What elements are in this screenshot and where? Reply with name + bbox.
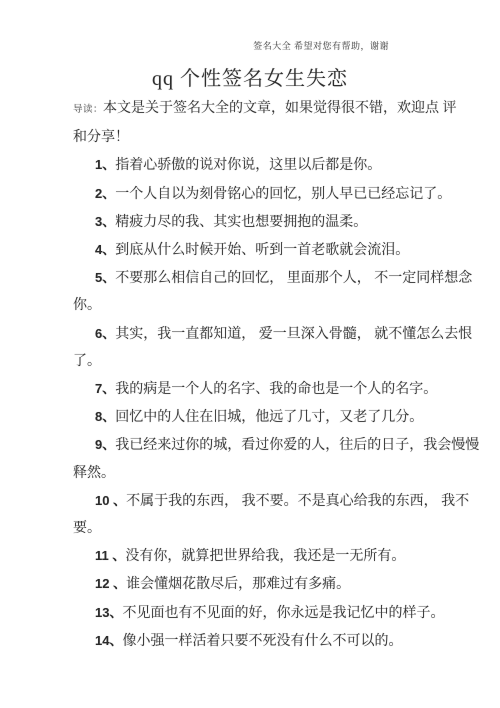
list-item: 1、指着心骄傲的说对你说，这里以后都是你。 [73, 151, 498, 179]
item-text: 回忆中的人住在旧城，他远了几寸，又老了几分。 [115, 410, 423, 425]
item-text: 指着心骄傲的说对你说，这里以后都是你。 [115, 158, 381, 173]
item-number: 14、 [95, 633, 122, 648]
list-item: 2、一个人自以为刻骨铭心的回忆，别人早已已经忘记了。 [73, 180, 498, 208]
item-line: 你。 [73, 292, 498, 319]
item-number: 6、 [95, 326, 115, 341]
page-title: qq 个性签名女生失恋 [0, 62, 500, 91]
item-number: 8、 [95, 409, 115, 424]
item-line: 3、精疲力尽的我、其实也想要拥抱的温柔。 [73, 208, 498, 236]
list-item: 9、我已经来过你的城，看过你爱的人，往后的日子，我会慢慢 释然。 [73, 431, 498, 486]
item-text: 一个人自以为刻骨铭心的回忆，别人早已已经忘记了。 [115, 187, 451, 202]
item-line: 要。 [73, 515, 498, 542]
item-text: 谁会懂烟花散尽后，那难过有多痛。 [126, 577, 350, 592]
item-number: 13、 [95, 605, 122, 620]
item-line: 9、我已经来过你的城，看过你爱的人，往后的日子，我会慢慢 [73, 431, 498, 459]
item-line: 12 、谁会懂烟花散尽后，那难过有多痛。 [73, 570, 498, 598]
item-number: 9、 [95, 437, 115, 452]
item-number: 7、 [95, 381, 115, 396]
item-number: 2、 [95, 186, 115, 201]
item-text: 我已经来过你的城，看过你爱的人，往后的日子，我会慢慢 [115, 438, 479, 453]
item-text: 到底从什么时候开始、听到一首老歌就会流泪。 [115, 243, 409, 258]
item-line: 6、其实，我一直都知道， 爱一旦深入骨髓， 就不懂怎么去恨 [73, 320, 498, 348]
item-line: 10 、不属于我的东西， 我不要。不是真心给我的东西， 我不 [73, 487, 498, 515]
list-item: 6、其实，我一直都知道， 爱一旦深入骨髓， 就不懂怎么去恨 了。 [73, 320, 498, 375]
list-item: 12 、谁会懂烟花散尽后，那难过有多痛。 [73, 570, 498, 598]
item-number: 11 、 [95, 548, 125, 563]
item-text: 不属于我的东西， 我不要。不是真心给我的东西， 我不 [126, 494, 469, 509]
list-item: 14、像小强一样活着只要不死没有什么不可以的。 [73, 627, 498, 655]
intro-paragraph: 导读：本文是关于签名大全的文章，如果觉得很不错，欢迎点 评 和分享！ [73, 95, 498, 151]
item-text: 我的病是一个人的名字、我的命也是一个人的名字。 [115, 382, 437, 397]
intro-text: 本文是关于签名大全的文章，如果觉得很不错，欢迎点 评 [103, 101, 457, 116]
item-line: 8、回忆中的人住在旧城，他远了几寸，又老了几分。 [73, 403, 498, 431]
item-line: 13、不见面也有不见面的好，你永远是我记忆中的样子。 [73, 599, 498, 627]
item-number: 4、 [95, 242, 115, 257]
list-item: 5、不要那么相信自己的回忆， 里面那个人， 不一定同样想念 你。 [73, 264, 498, 319]
list-item: 3、精疲力尽的我、其实也想要拥抱的温柔。 [73, 208, 498, 236]
item-text: 没有你，就算把世界给我，我还是一无所有。 [125, 549, 405, 564]
document-page: 签名大全 希望对您有帮助，谢谢 qq 个性签名女生失恋 导读：本文是关于签名大全… [0, 0, 500, 708]
item-line: 4、到底从什么时候开始、听到一首老歌就会流泪。 [73, 236, 498, 264]
item-text: 不见面也有不见面的好，你永远是我记忆中的样子。 [122, 606, 444, 621]
item-line: 了。 [73, 348, 498, 375]
list-item: 4、到底从什么时候开始、听到一首老歌就会流泪。 [73, 236, 498, 264]
intro-line: 和分享！ [73, 124, 498, 151]
item-line: 1、指着心骄傲的说对你说，这里以后都是你。 [73, 151, 498, 179]
document-body: 导读：本文是关于签名大全的文章，如果觉得很不错，欢迎点 评 和分享！ 1、指着心… [73, 95, 498, 655]
item-line: 5、不要那么相信自己的回忆， 里面那个人， 不一定同样想念 [73, 264, 498, 292]
item-number: 10 、 [95, 493, 126, 508]
item-text: 其实，我一直都知道， 爱一旦深入骨髓， 就不懂怎么去恨 [115, 327, 472, 342]
item-line: 11 、没有你，就算把世界给我，我还是一无所有。 [73, 542, 498, 570]
item-number: 1、 [95, 157, 115, 172]
intro-label: 导读： [73, 105, 103, 115]
list-item: 8、回忆中的人住在旧城，他远了几寸，又老了几分。 [73, 403, 498, 431]
header-note: 签名大全 希望对您有帮助，谢谢 [253, 39, 389, 52]
item-text: 不要那么相信自己的回忆， 里面那个人， 不一定同样想念 [115, 271, 472, 286]
item-text: 像小强一样活着只要不死没有什么不可以的。 [122, 634, 402, 649]
list-item: 11 、没有你，就算把世界给我，我还是一无所有。 [73, 542, 498, 570]
item-line: 2、一个人自以为刻骨铭心的回忆，别人早已已经忘记了。 [73, 180, 498, 208]
item-line: 7、我的病是一个人的名字、我的命也是一个人的名字。 [73, 375, 498, 403]
list-item: 7、我的病是一个人的名字、我的命也是一个人的名字。 [73, 375, 498, 403]
item-number: 12 、 [95, 576, 126, 591]
item-line: 14、像小强一样活着只要不死没有什么不可以的。 [73, 627, 498, 655]
list-item: 13、不见面也有不见面的好，你永远是我记忆中的样子。 [73, 599, 498, 627]
item-line: 释然。 [73, 460, 498, 487]
intro-line: 导读：本文是关于签名大全的文章，如果觉得很不错，欢迎点 评 [73, 101, 457, 116]
item-number: 5、 [95, 270, 115, 285]
item-text: 精疲力尽的我、其实也想要拥抱的温柔。 [115, 215, 367, 230]
list-item: 10 、不属于我的东西， 我不要。不是真心给我的东西， 我不 要。 [73, 487, 498, 542]
item-number: 3、 [95, 214, 115, 229]
